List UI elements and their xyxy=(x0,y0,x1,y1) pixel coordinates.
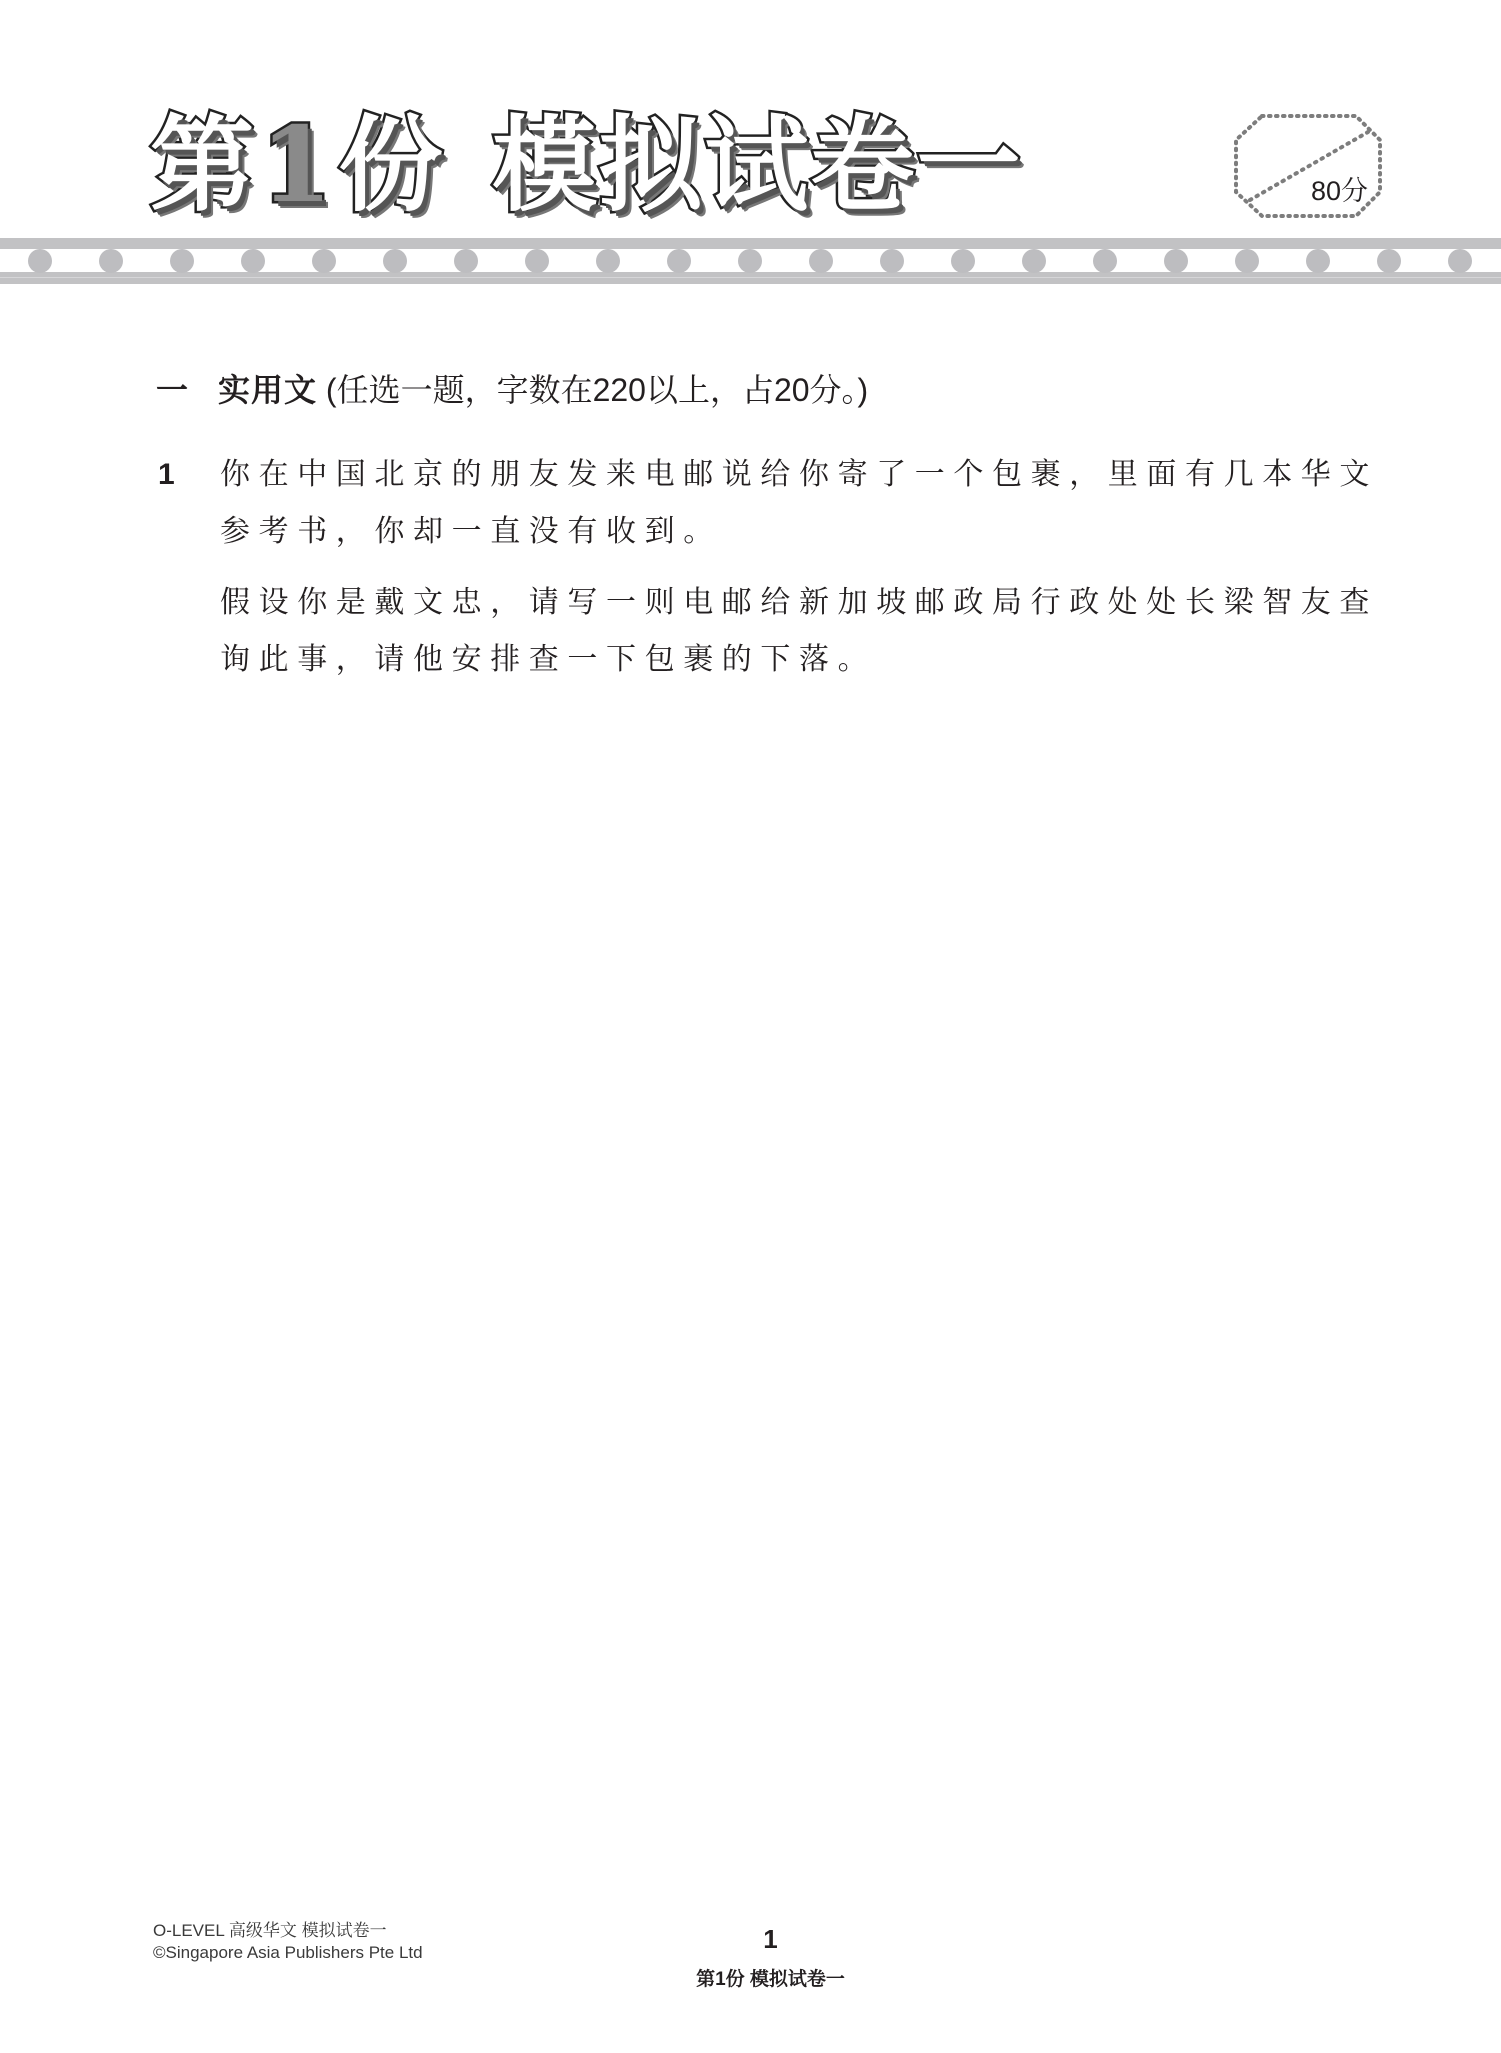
rail-bottom-bar xyxy=(0,272,1501,284)
rail-bead-icon xyxy=(1093,249,1117,273)
rail-bead-icon xyxy=(170,249,194,273)
section-number: 一 xyxy=(156,368,218,412)
title-main: 模拟试卷一 xyxy=(492,113,1022,217)
rail-top-bar xyxy=(0,238,1501,249)
rail-bead-icon xyxy=(383,249,407,273)
rail-bead-icon xyxy=(667,249,691,273)
title-number: 1 xyxy=(260,113,334,217)
rail-bead-icon xyxy=(1306,249,1330,273)
rail-bead-icon xyxy=(951,249,975,273)
rail-bead-icon xyxy=(99,249,123,273)
rail-bead-icon xyxy=(28,249,52,273)
rail-bead-icon xyxy=(738,249,762,273)
rail-bead-icon xyxy=(596,249,620,273)
page-number: 1 xyxy=(0,1924,1501,1955)
score-total: 80分 xyxy=(1311,169,1368,208)
question-number: 1 xyxy=(158,455,175,495)
rail-bead-icon xyxy=(454,249,478,273)
rail-bead-icon xyxy=(1022,249,1046,273)
section-heading: 一实用文 (任选一题，字数在220以上，占20分。) xyxy=(156,368,868,412)
rail-bead-icon xyxy=(241,249,265,273)
title-suffix: 份 xyxy=(338,113,444,217)
section-instructions: (任选一题，字数在220以上，占20分。) xyxy=(326,372,868,408)
rail-bead-icon xyxy=(809,249,833,273)
page-title: 第1份模拟试卷一 xyxy=(150,100,1022,230)
rail-bead-icon xyxy=(312,249,336,273)
rail-bead-icon xyxy=(1377,249,1401,273)
section-title: 实用文 xyxy=(218,372,317,408)
rail-bead-icon xyxy=(1164,249,1188,273)
question-paragraph-2: 假设你是戴文忠，请写一则电邮给新加坡邮政局行政处处长梁智友查询此事，请他安排查一… xyxy=(220,574,1395,688)
question-paragraph-1: 你在中国北京的朋友发来电邮说给你寄了一个包裹，里面有几本华文参考书，你却一直没有… xyxy=(220,446,1395,560)
rail-bead-icon xyxy=(1235,249,1259,273)
score-box: 80分 xyxy=(1228,110,1388,222)
rail-bead-icon xyxy=(525,249,549,273)
rail-bead-icon xyxy=(880,249,904,273)
running-title: 第1份 模拟试卷一 xyxy=(0,1964,1501,1991)
rail-bead-icon xyxy=(1448,249,1472,273)
title-prefix: 第 xyxy=(150,113,256,217)
decorative-rail-divider xyxy=(0,236,1501,286)
